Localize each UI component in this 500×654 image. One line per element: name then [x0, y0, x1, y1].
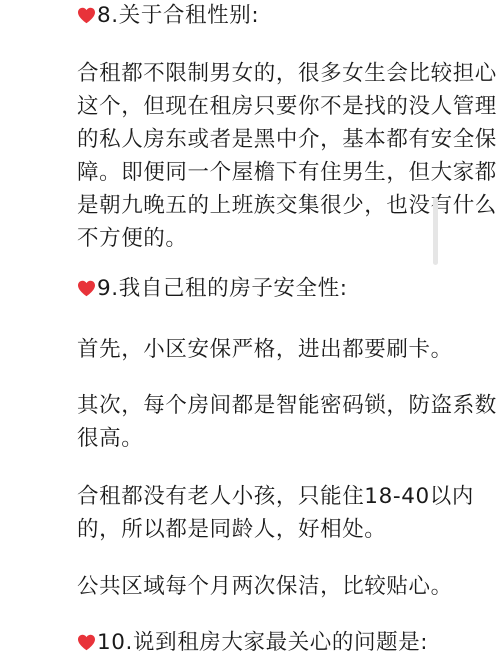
text-line: 是朝九晚五的上班族交集很少，也没有什么	[77, 189, 427, 222]
section-heading-8: 8.关于合租性别:	[77, 0, 427, 32]
text-line: 合租都没有老人小孩，只能住18-40以内	[77, 480, 427, 513]
text-line: 不方便的。	[77, 222, 427, 255]
text-line: 合租都不限制男女的，很多女生会比较担心	[77, 57, 427, 90]
section-heading-10: 10.说到租房大家最关心的问题是:	[77, 626, 427, 654]
text-line: 的私人房东或者是黑中介，基本都有安全保	[77, 123, 427, 156]
paragraph: 合租都不限制男女的，很多女生会比较担心 这个，但现在租房只要你不是找的没人管理 …	[77, 57, 427, 255]
scrollbar-thumb[interactable]	[433, 197, 438, 265]
paragraph: 其次，每个房间都是智能密码锁，防盗系数 很高。	[77, 389, 427, 455]
heading-text: 10.说到租房大家最关心的问题是:	[97, 626, 428, 654]
paragraph: 公共区域每个月两次保洁，比较贴心。	[77, 570, 427, 603]
paragraph: 首先，小区安保严格，进出都要刷卡。	[77, 333, 427, 366]
text-line: 这个，但现在租房只要你不是找的没人管理	[77, 90, 427, 123]
heading-text: 9.我自己租的房子安全性:	[97, 272, 348, 305]
section-heading-9: 9.我自己租的房子安全性:	[77, 272, 427, 305]
text-line: 障。即便同一个屋檐下有住男生，但大家都	[77, 156, 427, 189]
text-line: 很高。	[77, 422, 427, 455]
heading-text: 8.关于合租性别:	[97, 0, 259, 32]
heart-icon	[77, 280, 96, 297]
text-line: 公共区域每个月两次保洁，比较贴心。	[77, 570, 427, 603]
text-line: 其次，每个房间都是智能密码锁，防盗系数	[77, 389, 427, 422]
paragraph: 合租都没有老人小孩，只能住18-40以内 的，所以都是同龄人，好相处。	[77, 480, 427, 546]
heart-icon	[77, 634, 96, 651]
text-line: 的，所以都是同龄人，好相处。	[77, 513, 427, 546]
text-line: 首先，小区安保严格，进出都要刷卡。	[77, 333, 427, 366]
heart-icon	[77, 7, 96, 24]
